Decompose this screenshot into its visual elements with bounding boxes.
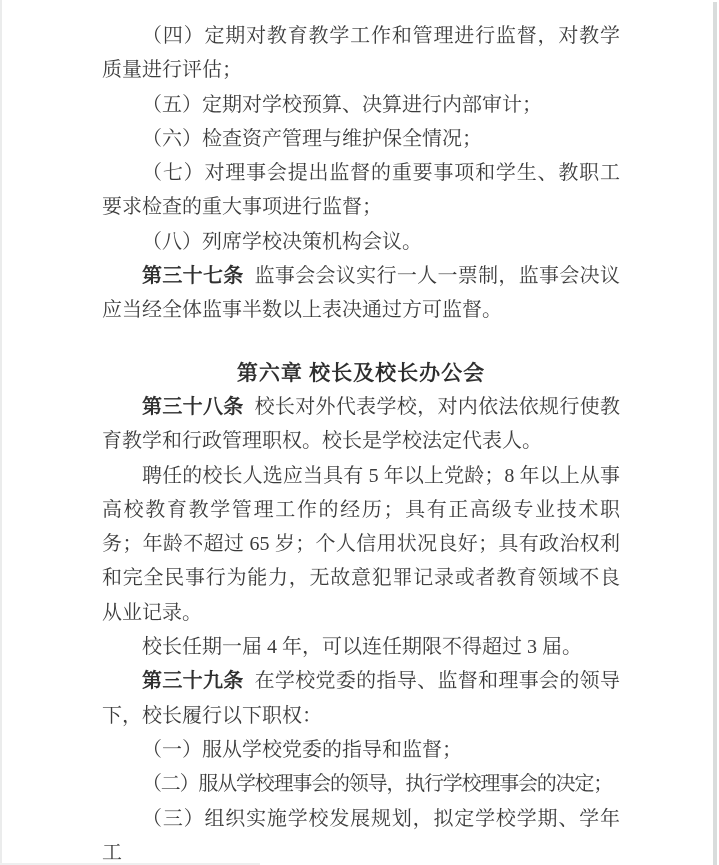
paragraph: （四）定期对教育教学工作和管理进行监督，对教学质量进行评估； [102,19,620,88]
paragraph: （五）定期对学校预算、决算进行内部审计； [102,88,620,122]
chapter-heading: 第六章 校长及校长办公会 [102,356,620,390]
article-number: 第三十八条 [142,396,244,418]
paragraph: 校长任期一届 4 年，可以连任期限不得超过 3 届。 [102,630,620,664]
paragraph: （六）检查资产管理与维护保全情况； [102,122,620,156]
paragraph: （八）列席学校决策机构会议。 [102,225,620,259]
page-left-edge [0,0,2,865]
paragraph: （三）组织实施学校发展规划，拟定学校学期、学年工 [102,802,620,865]
paragraph: （一）服从学校党委的指导和监督； [102,733,620,767]
paragraph: （二）服从学校理事会的领导，执行学校理事会的决定； [102,767,620,801]
document-page: （四）定期对教育教学工作和管理进行监督，对教学质量进行评估； （五）定期对学校预… [0,0,719,865]
paragraph: 聘任的校长人选应当具有 5 年以上党龄；8 年以上从事高校教育教学管理工作的经历… [102,459,620,630]
paragraph: 第三十七条监事会会议实行一人一票制，监事会决议应当经全体监事半数以上表决通过方可… [102,259,620,328]
document-body: （四）定期对教育教学工作和管理进行监督，对教学质量进行评估； （五）定期对学校预… [102,19,620,865]
paragraph: 第三十八条校长对外代表学校，对内依法依规行使教育教学和行政管理职权。校长是学校法… [102,390,620,459]
paragraph: （七）对理事会提出监督的重要事项和学生、教职工要求检查的重大事项进行监督； [102,156,620,225]
paragraph: 第三十九条在学校党委的指导、监督和理事会的领导下，校长履行以下职权： [102,664,620,733]
article-number: 第三十九条 [142,670,244,692]
right-edge-gutter [713,2,717,865]
article-number: 第三十七条 [142,265,244,287]
